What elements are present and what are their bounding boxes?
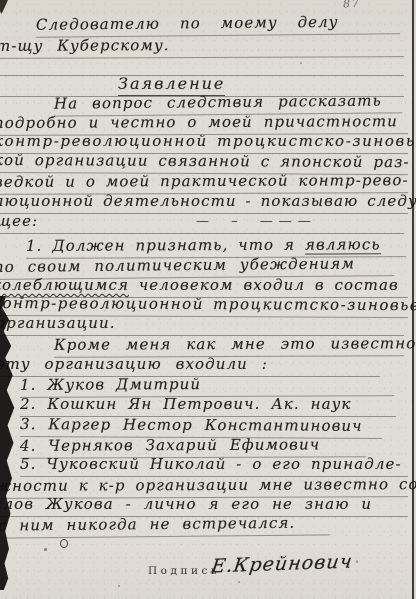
scan-artifact-right-edge	[412, 0, 414, 599]
document-page: 87 Следователю по моему делу т-щу Куберс…	[0, 0, 416, 599]
wavy-underlined-word: колеблющимся	[0, 276, 129, 294]
list-item-5: 5. Чуковский Николай - о его принадле-	[20, 455, 408, 477]
ink-speck	[238, 581, 240, 583]
signature: Е.Крейнович	[210, 551, 354, 578]
underlined-word: являюсь	[305, 235, 381, 254]
handwriting-line: организации.	[0, 314, 404, 336]
line-text: щее:	[0, 212, 38, 230]
handwriting-line: люционной деятельности - показываю следу…	[0, 192, 408, 214]
pen-dashes: — – ———	[196, 212, 317, 231]
line-text: 1. Должен признать, что я	[26, 236, 305, 255]
line-text: человеком входил в состав	[129, 276, 399, 294]
ink-speck	[300, 62, 302, 64]
ink-speck	[20, 296, 24, 299]
list-item-2: 2. Кошкин Ян Петрович. Ак. наук	[20, 395, 396, 417]
ink-speck	[118, 585, 120, 587]
ink-speck	[44, 548, 47, 551]
ink-speck	[390, 306, 393, 308]
scan-artifact-corner	[0, 0, 8, 14]
handwriting-line: с ним никогда не встречался.	[0, 513, 330, 538]
ink-speck	[356, 560, 358, 563]
page-number: 87	[343, 0, 362, 10]
handwriting-line: щее: — – ———	[0, 212, 404, 234]
ink-speck	[60, 539, 68, 548]
handwriting-line-addressee: Следователю по моему делу	[36, 12, 400, 37]
scan-artifact-left-edge	[0, 296, 15, 590]
blank-ruled-line	[0, 54, 404, 76]
